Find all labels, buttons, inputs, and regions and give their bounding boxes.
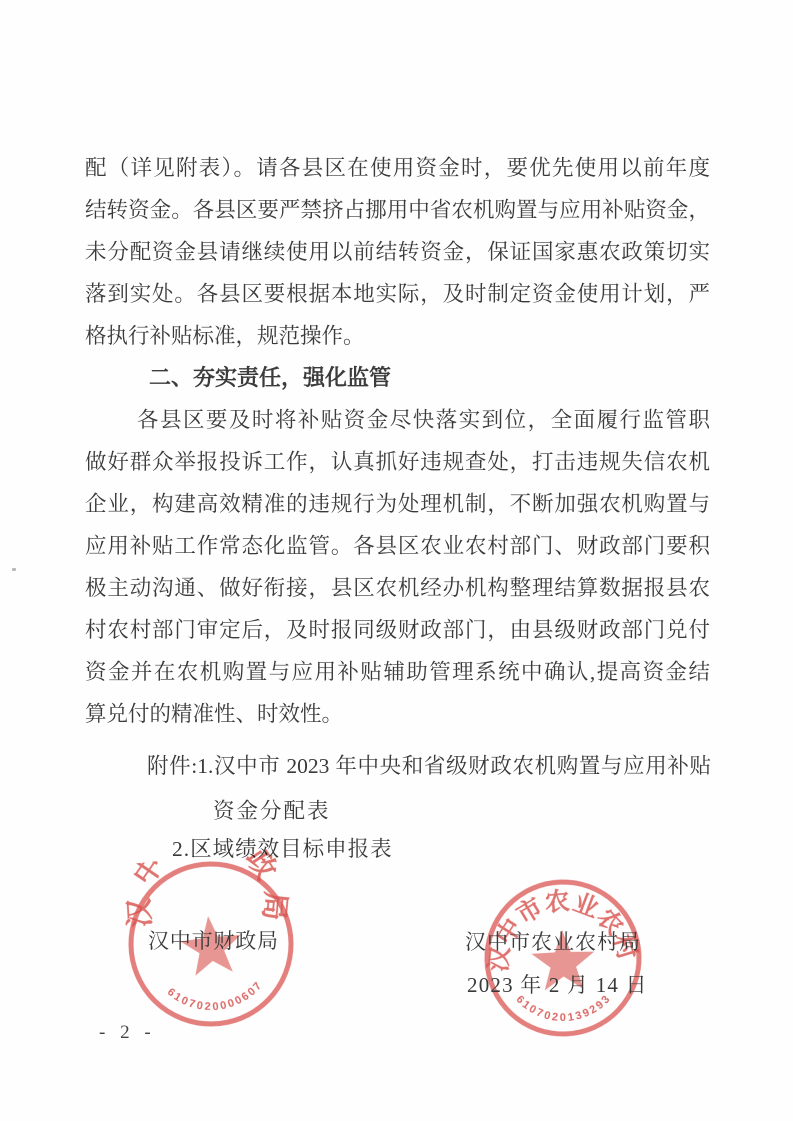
page-number: - 2 -	[99, 1022, 156, 1044]
body-line: 落到实处。各县区要根据本地实际，及时制定资金使用计划，严	[85, 273, 710, 315]
body-line: 企业，构建高效精准的违规行为处理机制，不断加强农机购置与	[85, 483, 710, 525]
body-line: 各县区要及时将补贴资金尽快落实到位，全面履行监管职责，	[85, 399, 710, 441]
signature-date: 2023 年 2 月 14 日	[467, 969, 648, 999]
body-line: 村农村部门审定后，及时报同级财政部门，由县级财政部门兑付	[85, 609, 710, 651]
body-line: 算兑付的精准性、时效性。	[85, 693, 710, 735]
document-page: 配（详见附表）。请各县区在使用资金时，要优先使用以前年度 结转资金。各县区要严禁…	[0, 0, 793, 1121]
body-line: 应用补贴工作常态化监管。各县区农业农村部门、财政部门要积	[85, 525, 710, 567]
signature-right-org: 汉中市农业农村局	[465, 926, 641, 956]
scan-artifact	[12, 568, 16, 571]
agriculture-bureau-seal-icon: 汉中市农业农村局 6107020139293	[477, 872, 649, 1044]
document-body: 配（详见附表）。请各县区在使用资金时，要优先使用以前年度 结转资金。各县区要严禁…	[85, 147, 710, 735]
signature-left-org: 汉中市财政局	[148, 925, 279, 955]
body-line: 极主动沟通、做好衔接，县区农机经办机构整理结算数据报县农	[85, 567, 710, 609]
body-line: 未分配资金县请继续使用以前结转资金，保证国家惠农政策切实	[85, 231, 710, 273]
section-heading: 二、夯实责任，强化监管	[85, 357, 710, 399]
body-line: 格执行补贴标准，规范操作。	[85, 315, 710, 357]
attachment-line-2: 资金分配表	[213, 790, 331, 832]
body-line: 资金并在农机购置与应用补贴辅助管理系统中确认,提高资金结	[85, 651, 710, 693]
body-line: 做好群众举报投诉工作，认真抓好违规查处，打击违规失信农机	[85, 441, 710, 483]
attachment-line-1: 附件:1.汉中市 2023 年中央和省级财政农机购置与应用补贴	[147, 745, 711, 787]
body-line: 结转资金。各县区要严禁挤占挪用中省农机购置与应用补贴资金，	[85, 189, 710, 231]
body-line: 配（详见附表）。请各县区在使用资金时，要优先使用以前年度	[85, 147, 710, 189]
